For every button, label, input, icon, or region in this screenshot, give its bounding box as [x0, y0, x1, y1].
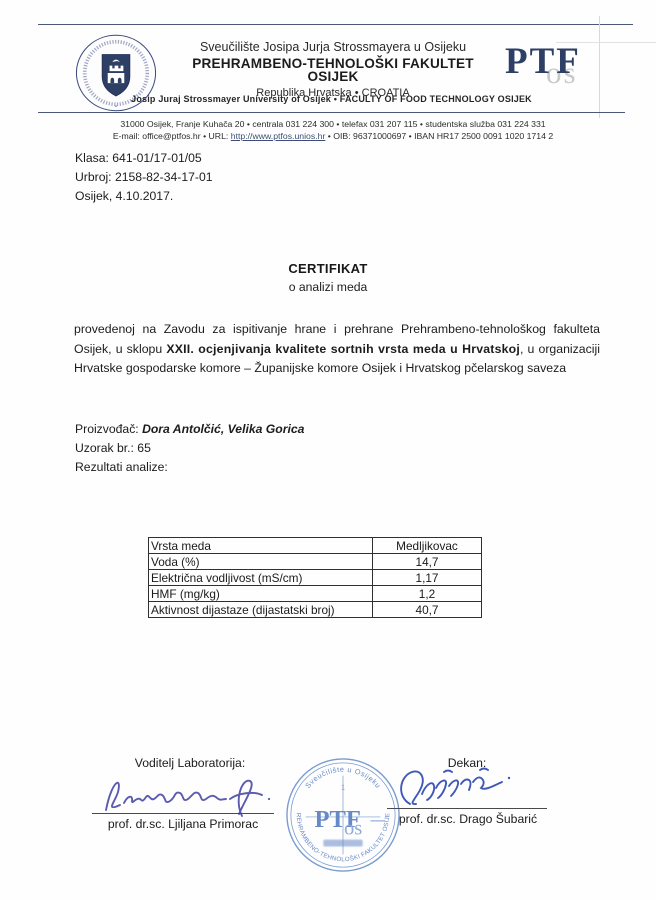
- urbroj-line: Urbroj: 2158-82-34-17-01: [75, 168, 213, 187]
- stamp-number: 1: [341, 784, 345, 791]
- table-row: HMF (mg/kg) 1,2: [149, 586, 482, 602]
- row-value: 14,7: [373, 554, 482, 570]
- letterhead: Sveučilište Josipa Jurja Strossmayera u …: [168, 41, 498, 99]
- faculty-name: PREHRAMBENO-TEHNOLOŠKI FAKULTET OSIJEK: [168, 57, 498, 84]
- stamp-os-text: os: [344, 818, 362, 840]
- table-row: Voda (%) 14,7: [149, 554, 482, 570]
- contact-line-2: E-mail: office@ptfos.hr • URL: http://ww…: [38, 131, 628, 143]
- row-label: Aktivnost dijastaze (dijastatski broj): [149, 602, 373, 618]
- table-row: Električna vodljivost (mS/cm) 1,17: [149, 570, 482, 586]
- place-date-line: Osijek, 4.10.2017.: [75, 187, 213, 206]
- row-label: Voda (%): [149, 554, 373, 570]
- oib-iban-text: • OIB: 96371000697 • IBAN HR17 2500 0091…: [325, 131, 553, 141]
- producer-name: Dora Antolčić, Velika Gorica: [142, 422, 304, 436]
- document-meta: Klasa: 641-01/17-01/05 Urbroj: 2158-82-3…: [75, 149, 213, 206]
- header-rule: [38, 112, 625, 113]
- row-value: 1,2: [373, 586, 482, 602]
- sample-number-line: Uzorak br.: 65: [75, 439, 304, 458]
- dean-signature-icon: [392, 760, 557, 815]
- row-value: 1,17: [373, 570, 482, 586]
- document-subtitle: o analizi meda: [0, 280, 656, 294]
- body-text-bold: XXII. ocjenjivanja kvalitete sortnih vrs…: [166, 342, 520, 356]
- lab-head-name: prof. dr.sc. Ljiljana Primorac: [88, 817, 278, 831]
- table-header-row: Vrsta meda Medljikovac: [149, 538, 482, 554]
- table-header-value: Medljikovac: [373, 538, 482, 554]
- ptf-logo: PTF os: [505, 40, 625, 102]
- university-name: Sveučilište Josipa Jurja Strossmayera u …: [168, 41, 498, 54]
- producer-block: Proizvođač: Dora Antolčić, Velika Gorica…: [75, 420, 304, 477]
- dean-signature-line: [387, 808, 547, 809]
- email-text: E-mail: office@ptfos.hr • URL:: [113, 131, 231, 141]
- english-faculty-line: Josip Juraj Strossmayer University of Os…: [38, 94, 625, 104]
- lab-head-signature-line: [92, 813, 274, 814]
- contact-line-1: 31000 Osijek, Franje Kuhača 20 • central…: [38, 119, 628, 131]
- results-label: Rezultati analize:: [75, 458, 304, 477]
- producer-label: Proizvođač:: [75, 422, 142, 436]
- body-paragraph: provedenoj na Zavodu za ispitivanje hran…: [74, 320, 600, 379]
- table-header-type: Vrsta meda: [149, 538, 373, 554]
- contact-block: 31000 Osijek, Franje Kuhača 20 • central…: [38, 119, 628, 142]
- row-label: Električna vodljivost (mS/cm): [149, 570, 373, 586]
- ptf-logo-main: PTF: [505, 40, 581, 83]
- lab-head-signature-icon: [92, 770, 282, 823]
- document-title: CERTIFIKAT: [0, 261, 656, 276]
- row-value: 40,7: [373, 602, 482, 618]
- top-rule: [38, 24, 633, 25]
- producer-line: Proizvođač: Dora Antolčić, Velika Gorica: [75, 420, 304, 439]
- klasa-line: Klasa: 641-01/17-01/05: [75, 149, 213, 168]
- certificate-page: Sveučilište Josipa Jurja Strossmayera u …: [0, 0, 656, 900]
- dean-name: prof. dr.sc. Drago Šubarić: [382, 812, 554, 826]
- lab-head-title: Voditelj Laboratorija:: [105, 756, 275, 770]
- results-table: Vrsta meda Medljikovac Voda (%) 14,7 Ele…: [148, 537, 482, 618]
- table-row: Aktivnost dijastaze (dijastatski broj) 4…: [149, 602, 482, 618]
- row-label: HMF (mg/kg): [149, 586, 373, 602]
- website-link[interactable]: http://www.ptfos.unios.hr: [231, 131, 326, 141]
